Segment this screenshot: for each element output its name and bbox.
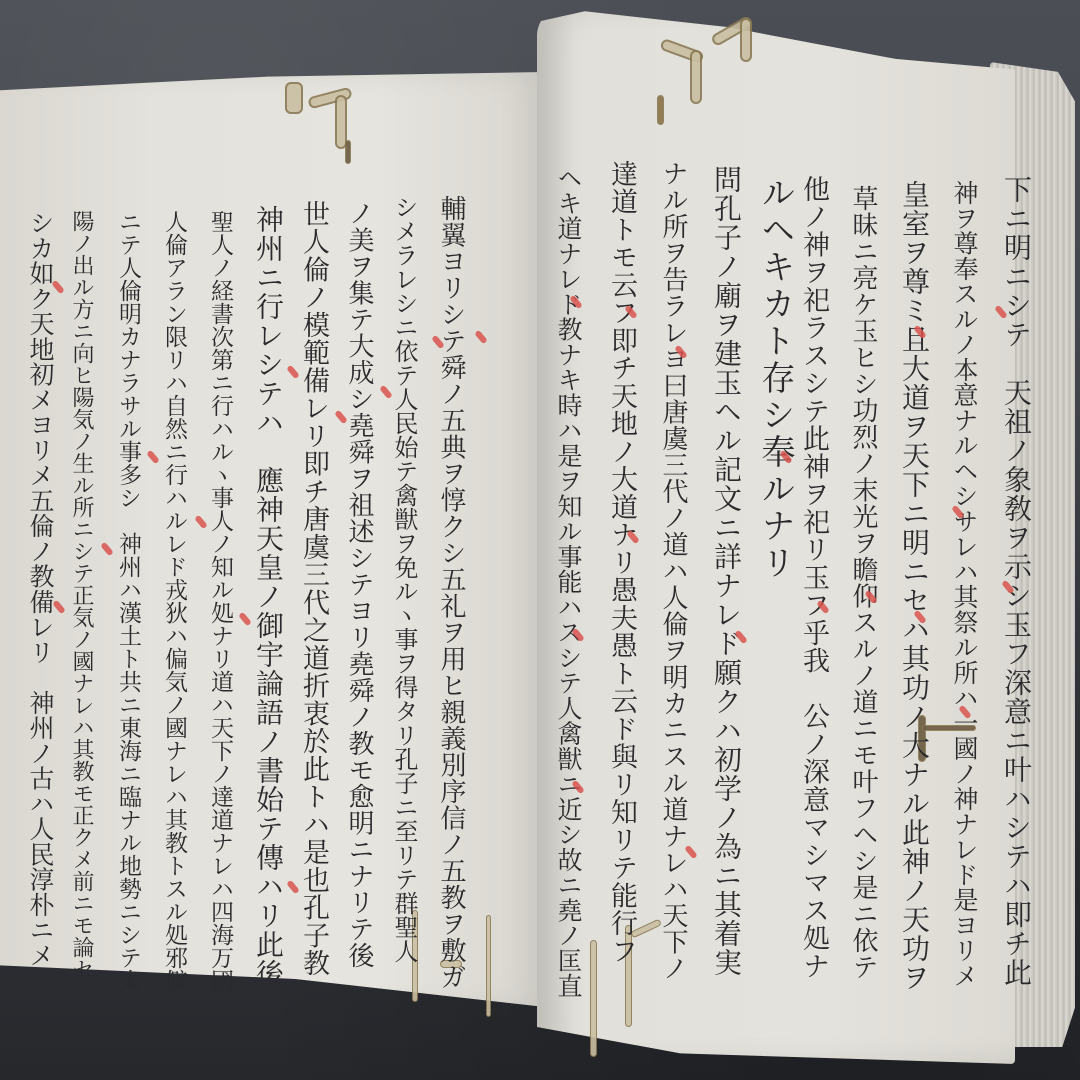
wormhole-damage bbox=[590, 940, 597, 1057]
text-column: シカ如ク天地初メヨリメ五倫ノ教備レリ 神州ノ古ハ人民淳朴ニメ bbox=[28, 210, 53, 968]
text-column: ヘキ道ナレド教ナキ時ハ是ヲ知ル事能ハスシテ人禽獣ニ近シ故ニ堯ノ匡直 bbox=[556, 165, 581, 998]
wormhole-damage bbox=[690, 50, 702, 104]
wormhole-damage bbox=[285, 82, 303, 114]
text-column: 他ノ神ヲ祀ラスシテ此神ヲ祀リ玉フ乎我 公ノ深意マシマス処ナ bbox=[800, 175, 827, 980]
text-column: 草昧ニ亮ケ玉ヒシ功烈ノ末光ヲ瞻仰スルノ道ニモ叶フヘシ是ニ依テ bbox=[850, 185, 876, 980]
text-column: 皇室ヲ尊ミ且大道ヲ天下ニ明ニセハ其功ノ大ナル此神ノ天功ヲ bbox=[900, 180, 928, 992]
text-column: 問孔子ノ廟ヲ建玉ヘル記文ニ詳ナレド願クハ初学ノ為ニ其着実 bbox=[712, 165, 740, 977]
text-column: ナル所ヲ告ラレヨ曰唐虞三代ノ道ハ人倫ヲ明カニスル道ナレハ天下ノ bbox=[660, 160, 686, 982]
text-column: 達道トモ云フ即チ天地ノ大道ナリ愚夫愚ト云ド與リ知リテ能行フ bbox=[608, 160, 635, 965]
text-column: 輔翼ヨリシテ舜ノ五典ヲ惇クシ五礼ヲ用ヒ親義別序信ノ五教ヲ敷ガ bbox=[438, 195, 464, 990]
text-column: 神ヲ尊奉スルノ本意ナルヘシサレハ其祭ル所ハ一國ノ神ナレド是ヨリメ bbox=[952, 180, 977, 988]
text-column: ルヘキカト存シ奉ルナリ bbox=[758, 175, 792, 582]
text-column: 世人倫ノ模範備レリ即チ唐虞三代之道折衷於此トハ是也孔子教 bbox=[300, 200, 327, 977]
text-column: ノ美ヲ集テ大成シ堯舜ヲ祖述シテヨリ堯舜ノ教モ愈明ニナリテ後 bbox=[346, 200, 372, 969]
text-column: 聖人ノ経書次第ニ行ハルヽ事人ノ知ル処ナリ道ハ天下ノ達道ナレハ四海万國 bbox=[208, 210, 231, 992]
text-column: 人倫アラン限リハ自然ニ行ハルレド戎狄ハ偏気ノ國ナレハ其教トスル処邪僻 bbox=[162, 210, 185, 992]
wormhole-damage bbox=[657, 95, 664, 125]
text-column: シメラレシニ依テ人民始テ禽獣ヲ免ルヽ事ヲ得タリ孔子ニ至リテ群聖人 bbox=[392, 195, 416, 963]
text-column: ニテ人倫明カナラサル事多シ 神州ハ漢土ト共ニ東海ニ臨ナル地勢ニシテ太 bbox=[116, 210, 139, 992]
text-column: 陽ノ出ル方ニ向ヒ陽気ノ生ル所ニシテ正気ノ國ナレハ其教モ正クメ前ニモ論セ bbox=[70, 210, 92, 980]
wormhole-damage bbox=[486, 915, 491, 1017]
wormhole-damage bbox=[740, 18, 752, 62]
wormhole-damage bbox=[345, 140, 351, 164]
text-column: 神州ニ行レシテハ 應神天皇ノ御宇論語ノ書始テ傳ハリ此後 bbox=[254, 205, 282, 988]
